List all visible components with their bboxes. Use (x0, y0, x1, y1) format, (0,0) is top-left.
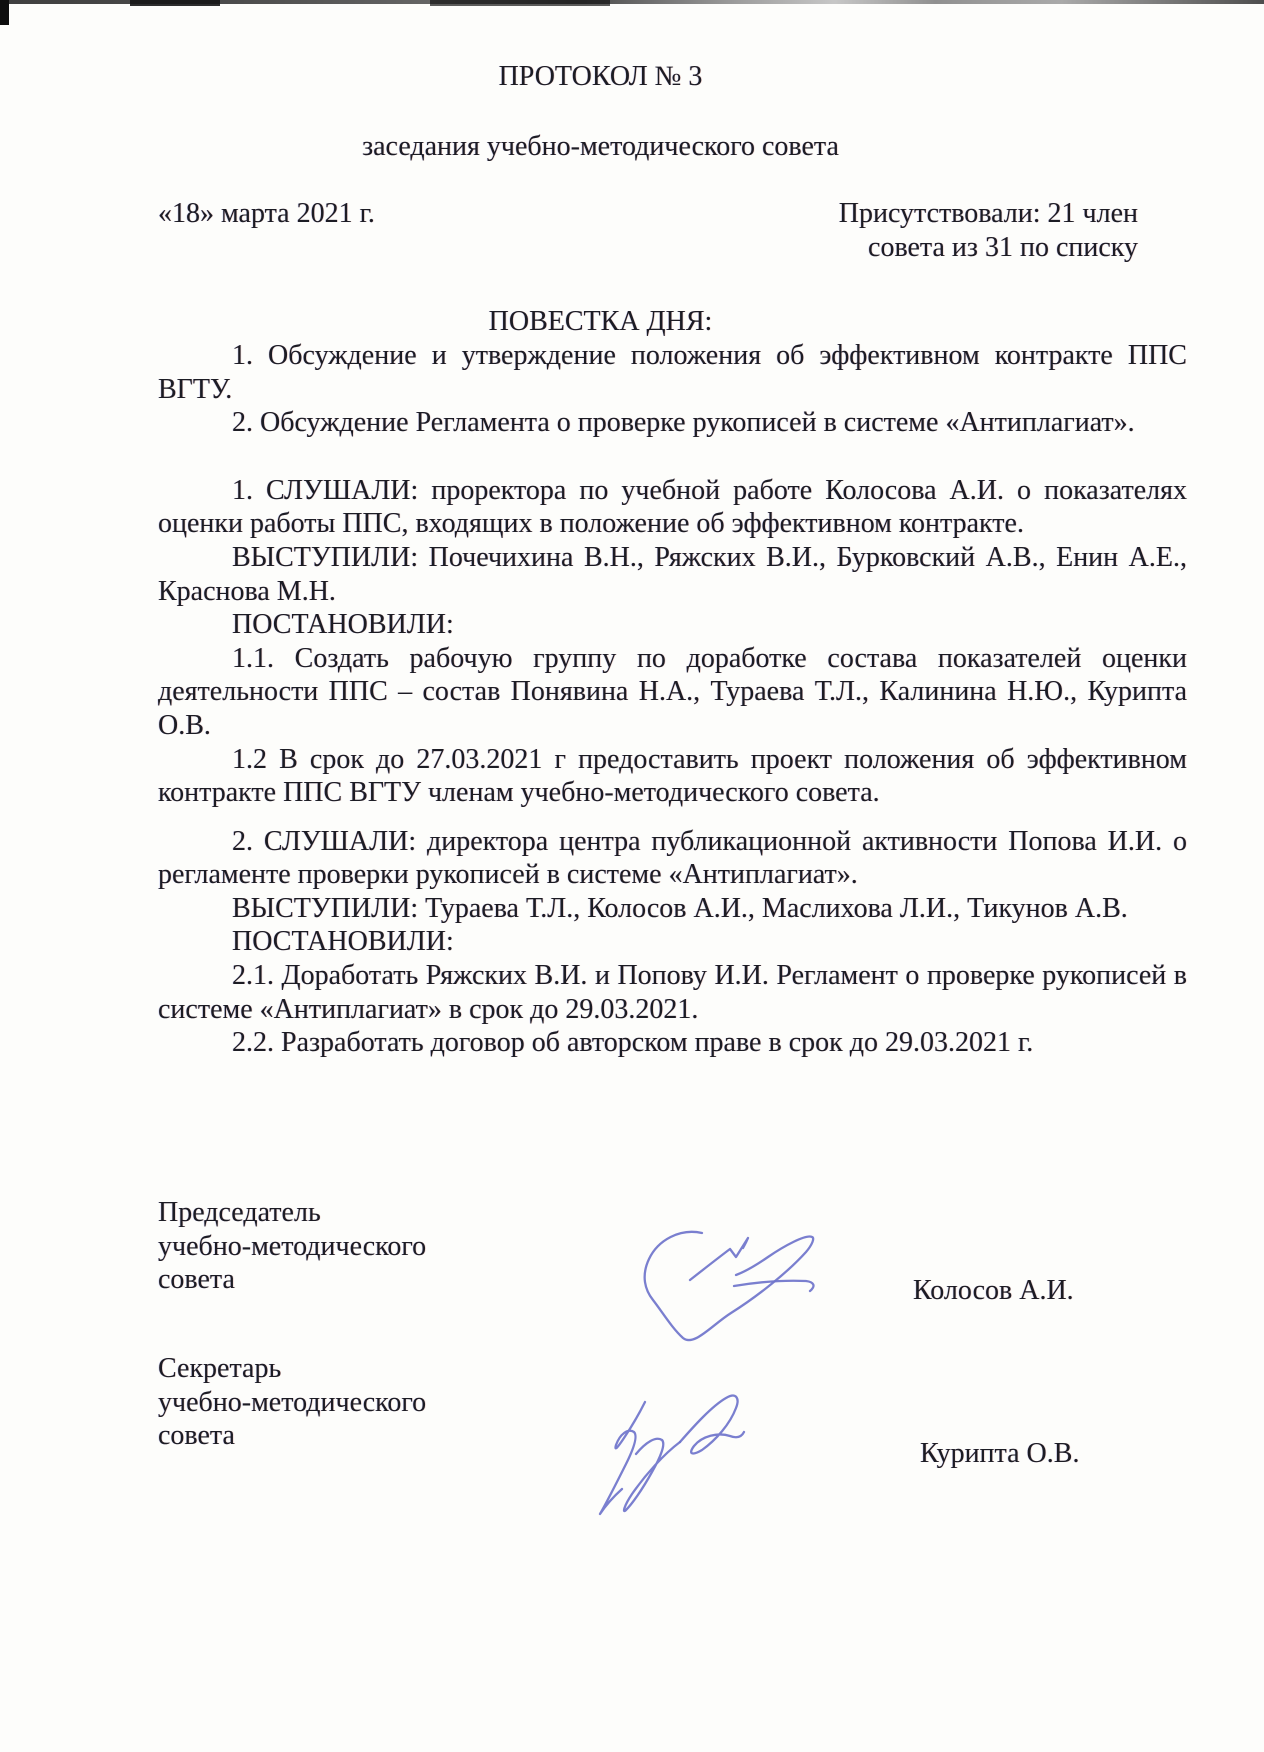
paragraph: ПОСТАНОВИЛИ: (158, 925, 1187, 959)
paragraph: 1. СЛУШАЛИ: проректора по учебной работе… (158, 474, 1187, 541)
attendance-line: Присутствовали: 21 член (839, 197, 1138, 231)
agenda-heading: ПОВЕСТКА ДНЯ: (158, 305, 1043, 339)
attendance-line: совета из 31 по списку (839, 231, 1138, 265)
scanned-protocol-page: ПРОТОКОЛ № 3 заседания учебно-методическ… (0, 0, 1264, 1752)
role-line: совета (158, 1419, 578, 1453)
meta-row: «18» марта 2021 г. Присутствовали: 21 чл… (158, 197, 1187, 264)
paragraph: 2.2. Разработать договор об авторском пр… (158, 1026, 1187, 1060)
attendance-block: Присутствовали: 21 член совета из 31 по … (839, 197, 1138, 264)
chairman-signature (636, 1212, 821, 1347)
role-line: совета (158, 1263, 578, 1297)
paragraph: 1.1. Создать рабочую группу по доработке… (158, 642, 1187, 743)
paragraph: 1.2 В срок до 27.03.2021 г предоставить … (158, 743, 1187, 810)
paragraph: ВЫСТУПИЛИ: Тураева Т.Л., Колосов А.И., М… (158, 892, 1187, 926)
agenda-list: 1. Обсуждение и утверждение положения об… (158, 339, 1187, 440)
role-line: Председатель (158, 1196, 578, 1230)
secretary-signature (596, 1392, 746, 1522)
paragraph: 2. СЛУШАЛИ: директора центра публикацион… (158, 825, 1187, 892)
paragraph: ПОСТАНОВИЛИ: (158, 608, 1187, 642)
role-line: учебно-методического (158, 1386, 578, 1420)
paragraph: 2.1. Доработать Ряжских В.И. и Попову И.… (158, 959, 1187, 1026)
role-line: Секретарь (158, 1352, 578, 1386)
document-content: ПРОТОКОЛ № 3 заседания учебно-методическ… (158, 0, 1187, 1060)
signer-role-secretary: Секретарь учебно-методического совета (158, 1352, 578, 1453)
doc-subtitle: заседания учебно-методического совета (158, 130, 1043, 164)
section-2: 2. СЛУШАЛИ: директора центра публикацион… (158, 825, 1187, 1060)
scan-corner-artifact (0, 0, 9, 25)
section-1: 1. СЛУШАЛИ: проректора по учебной работе… (158, 474, 1187, 810)
signer-role-chairman: Председатель учебно-методического совета (158, 1196, 578, 1297)
chairman-name: Колосов А.И. (913, 1274, 1074, 1308)
secretary-name: Курипта О.В. (920, 1437, 1079, 1471)
agenda-item: 1. Обсуждение и утверждение положения об… (158, 339, 1187, 406)
doc-title: ПРОТОКОЛ № 3 (158, 0, 1043, 94)
role-line: учебно-методического (158, 1230, 578, 1264)
agenda-item: 2. Обсуждение Регламента о проверке руко… (158, 406, 1187, 440)
paragraph: ВЫСТУПИЛИ: Почечихина В.Н., Ряжских В.И.… (158, 541, 1187, 608)
doc-date: «18» марта 2021 г. (158, 197, 375, 231)
